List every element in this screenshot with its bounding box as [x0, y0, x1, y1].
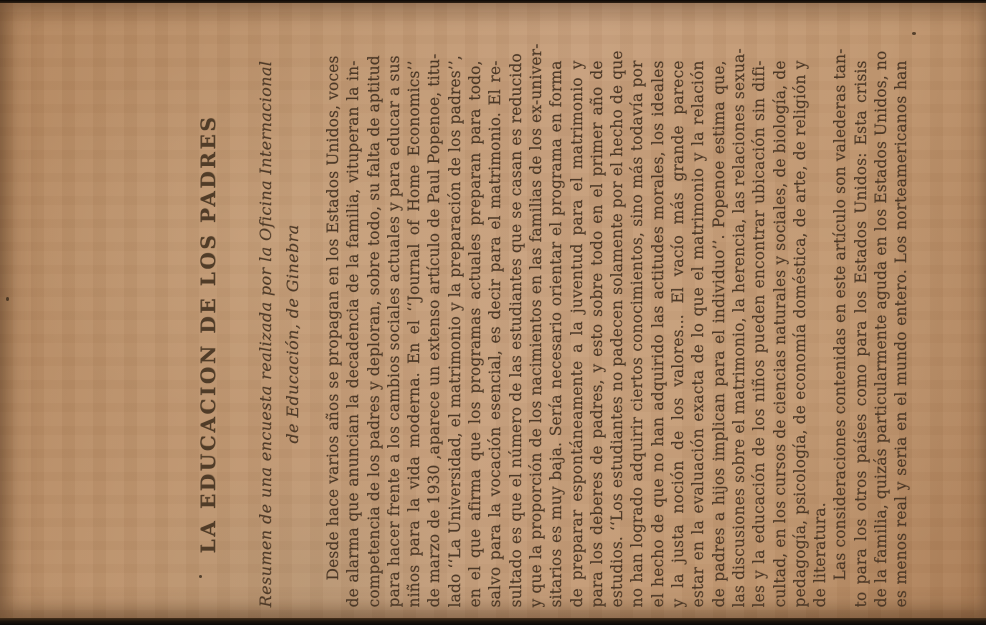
text-line: y que la proporción de los nacimientos e… — [526, 60, 546, 607]
text-line: y la justa noción de los valores... El v… — [668, 60, 688, 607]
text-line: Las consideraciones contenidas en este a… — [830, 60, 850, 607]
text-line: las discusiones sobre el matrimonio, la … — [729, 60, 749, 607]
text-line: de padres a hijos implican para el indiv… — [709, 60, 729, 607]
text-line: para hacer frente a los cambios sociales… — [384, 60, 404, 607]
text-line: Desde hace varios años se propagan en lo… — [323, 60, 343, 607]
text-line: lado ‘‘La Universidad, el matrimonio y l… — [445, 60, 465, 607]
text-line: el hecho de que no han adquirido las act… — [648, 60, 668, 607]
paragraph-2: Las consideraciones contenidas en este a… — [830, 60, 911, 607]
text-line: de preparar espontáneamente a la juventu… — [567, 60, 587, 607]
text-line: sultado es que el número de las estudian… — [506, 60, 526, 607]
body-text: Desde hace varios años se propagan en lo… — [323, 60, 912, 607]
text-line: sitarios es muy baja. Sería necesario or… — [546, 60, 566, 607]
text-line: salvo para la vocación esencial, es deci… — [485, 60, 505, 607]
scanned-book-page: LA EDUCACION DE LOS PADRES Resumen de un… — [0, 0, 986, 625]
text-line: to para los otros países como para los E… — [851, 60, 871, 607]
rotated-page-content: LA EDUCACION DE LOS PADRES Resumen de un… — [0, 0, 986, 623]
subtitle-line-2: de Educación, de Ginebra — [279, 60, 306, 607]
text-line: de alarma que anuncian la decadencia de … — [343, 60, 363, 607]
page-title: LA EDUCACION DE LOS PADRES — [196, 60, 220, 607]
paragraph-1: Desde hace varios años se propagan en lo… — [323, 60, 830, 607]
text-line: cultad, en los cursos de ciencias natura… — [770, 60, 790, 607]
text-line: competencia de los padres y deploran, so… — [364, 60, 384, 607]
text-line: niños para la vida moderna. En el ‘‘Jour… — [404, 60, 424, 607]
paper-speck — [912, 32, 916, 35]
text-line: estudios. ‘‘Los estudiantes no padecen s… — [607, 60, 627, 607]
scan-edge-top — [0, 0, 986, 3]
paper-speck — [6, 297, 9, 301]
text-line: es menos real y seria en el mundo entero… — [891, 60, 911, 607]
text-line: no han logrado adquirir ciertos conocimi… — [627, 60, 647, 607]
text-line: de marzo de 1930 ,aparece un extenso art… — [424, 60, 444, 607]
page-paper: LA EDUCACION DE LOS PADRES Resumen de un… — [0, 2, 986, 619]
text-line: de literatura. — [810, 60, 830, 607]
paper-speck — [199, 575, 202, 578]
scan-edge-bottom — [0, 618, 986, 625]
text-line: para los deberes de padres, y esto sobre… — [587, 60, 607, 607]
subtitle-line-1: Resumen de una encuesta realizada por la… — [252, 60, 279, 607]
text-line: les y la educación de los niños pueden e… — [749, 60, 769, 607]
text-line: estar en la evaluación exacta de lo que … — [688, 60, 708, 607]
page-subtitle: Resumen de una encuesta realizada por la… — [252, 60, 306, 607]
text-line: en el que afirma que los programas actua… — [465, 60, 485, 607]
text-line: pedagogía, psicología, de economía domés… — [790, 60, 810, 607]
text-line: de la familia, quizás particularmente ag… — [871, 60, 891, 607]
